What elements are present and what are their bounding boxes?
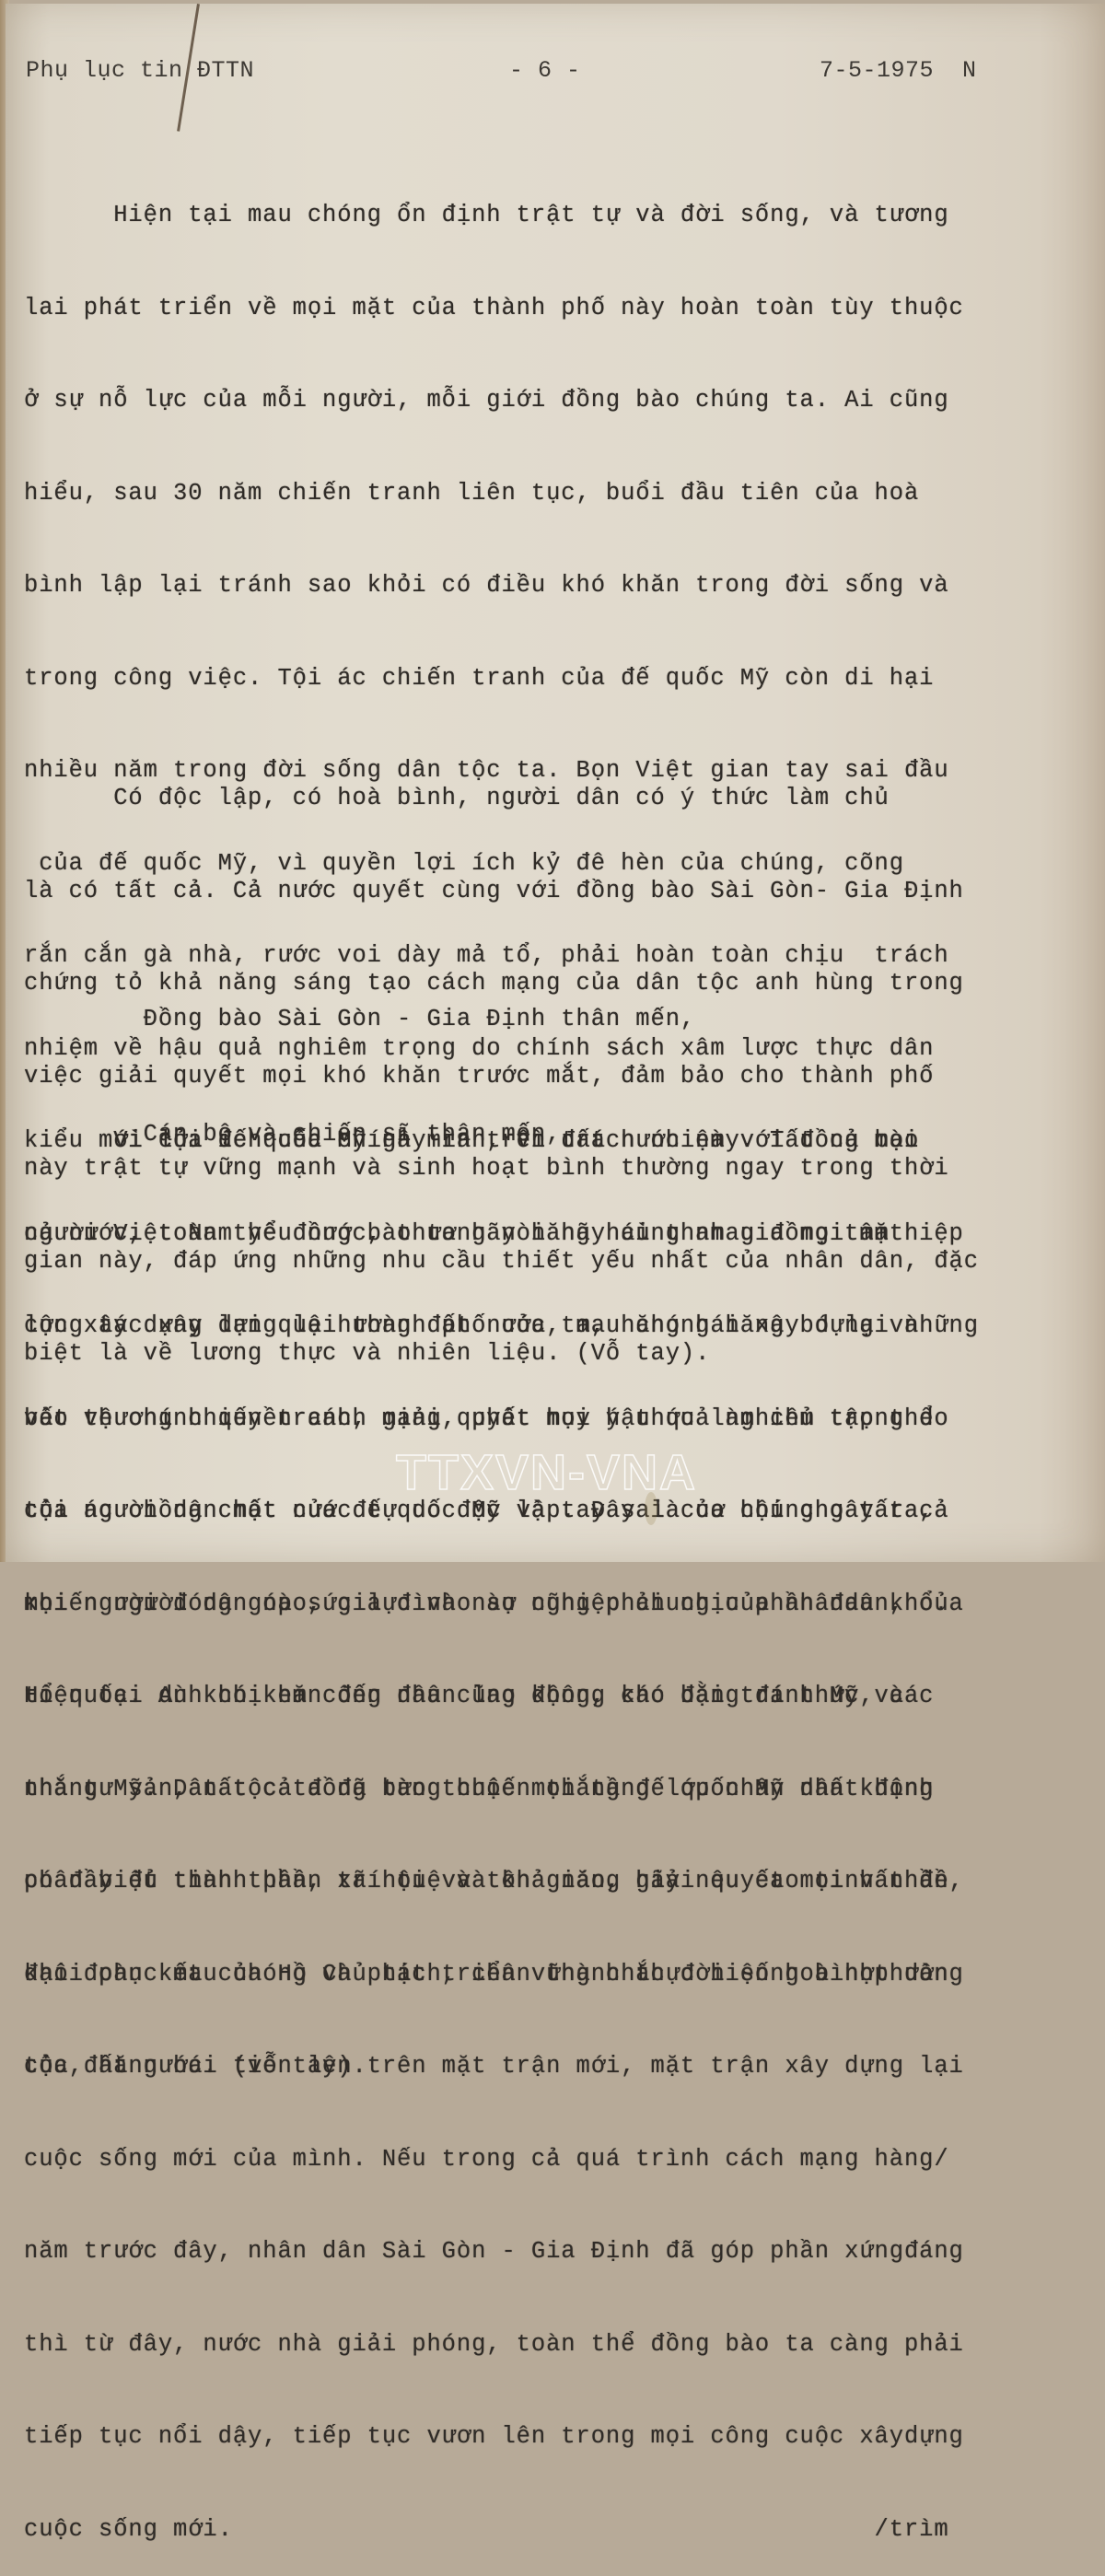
header-reference: Phụ lục tin ĐTTN bbox=[26, 57, 254, 84]
text-line: của người dân một nước tự do độc lập. Đâ… bbox=[24, 1496, 1037, 1527]
text-line: bảo vệ chính quyền cách mạng, phát huy ý… bbox=[24, 1404, 1037, 1435]
text-line: công tác xây dựng lại thành phố của ta, … bbox=[24, 1311, 1037, 1342]
page-number: - 6 - bbox=[509, 57, 581, 84]
header-date: 7-5-1975 N bbox=[820, 57, 977, 84]
paper-stain bbox=[645, 1492, 657, 1525]
text-line: Hiện tại mau chóng ổn định trật tự và đờ… bbox=[24, 200, 1037, 231]
watermark-logo: TTXVN-VNA bbox=[396, 1444, 709, 1499]
text-line: ở sự nỗ lực của mỗi người, mỗi giới đồng… bbox=[24, 385, 1037, 416]
text-line: trong công việc. Tội ác chiến tranh của … bbox=[24, 663, 1037, 694]
text-line: cả nước, toàn thể đồng bào ta hãy hăng h… bbox=[24, 1218, 1037, 1250]
text-line: là có tất cả. Cả nước quyết cùng với đồn… bbox=[24, 876, 1037, 907]
page-header: Phụ lục tin ĐTTN - 6 - 7-5-1975 N bbox=[26, 57, 1002, 94]
salutation-line: Đồng bào Sài Gòn - Gia Định thân mến, bbox=[24, 1004, 1037, 1057]
text-line: lai phát triển về mọi mặt của thành phố … bbox=[24, 293, 1037, 324]
text-line: Có độc lập, có hoà bình, người dân có ý … bbox=[24, 783, 1037, 814]
text-line: hiểu, sau 30 năm chiến tranh liên tục, b… bbox=[24, 478, 1037, 509]
text-line: Vì lợi ích của chính mình, vì trách nhiệ… bbox=[24, 1125, 1037, 1157]
text-line: bình lập lại tránh sao khỏi có điều khó … bbox=[24, 570, 1037, 601]
